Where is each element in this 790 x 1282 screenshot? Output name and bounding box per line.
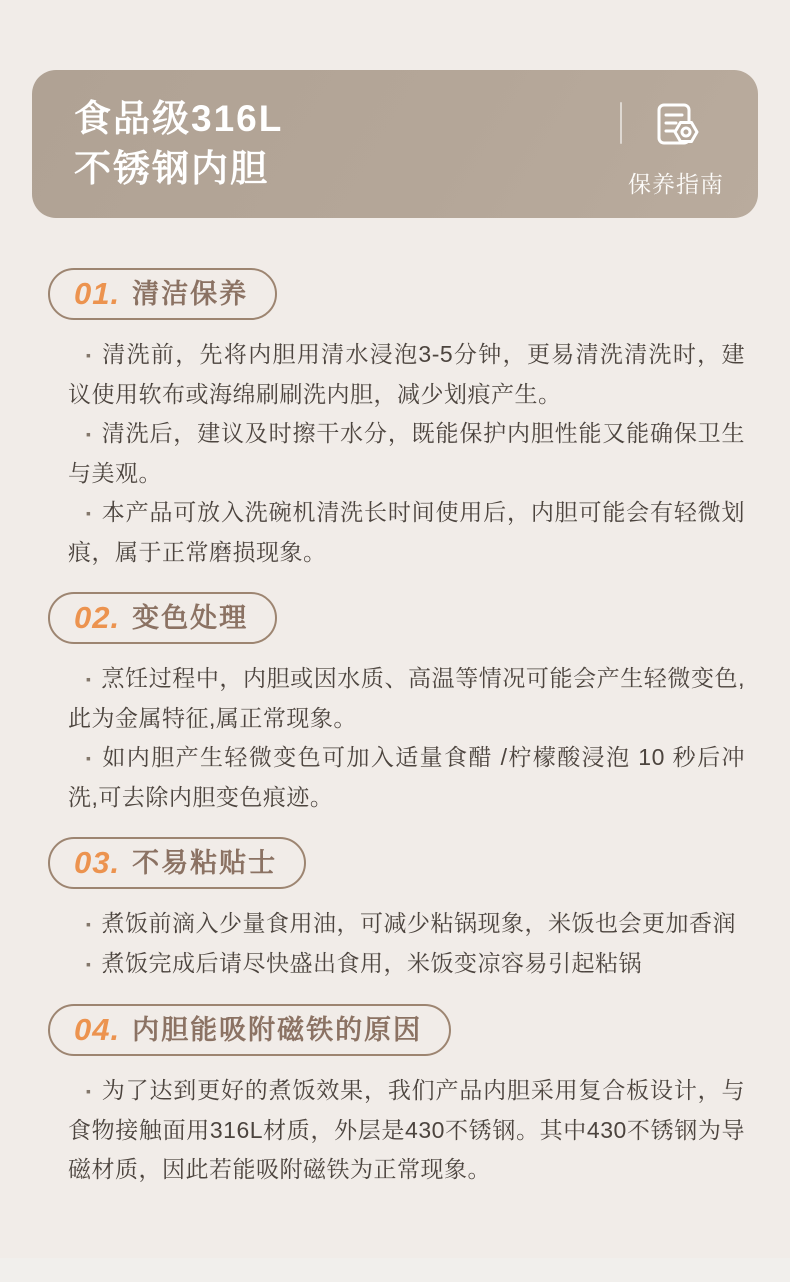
bullet-icon: ▪ [86, 494, 101, 533]
bullet-icon: ▪ [86, 660, 101, 699]
section-title: 内胆能吸附磁铁的原因 [132, 1017, 422, 1044]
paragraph-text: 如内胆产生轻微变色可加入适量食醋 /柠檬酸浸泡 10 秒后冲洗,可去除内胆变色痕… [68, 744, 745, 810]
section-cleaning: 01. 清洁保养 ▪清洗前，先将内胆用清水浸泡3-5分钟，更易清洗清洗时，建议使… [48, 268, 745, 572]
bullet-icon: ▪ [86, 945, 101, 984]
paragraph-text: 烹饪过程中，内胆或因水质、高温等情况可能会产生轻微变色,此为金属特征,属正常现象… [68, 665, 745, 731]
paragraph: ▪煮饭前滴入少量食用油，可减少粘锅现象，米饭也会更加香润 [68, 904, 745, 944]
header-banner: 食品级316L 不锈钢内胆 保养指南 [32, 70, 758, 218]
section-title: 清洁保养 [132, 281, 248, 308]
header-badge: 保养指南 [624, 100, 728, 199]
paragraph-text: 本产品可放入洗碗机清洗长时间使用后，内胆可能会有轻微划痕，属于正常磨损现象。 [68, 499, 745, 565]
paragraph: ▪清洗前，先将内胆用清水浸泡3-5分钟，更易清洗清洗时，建议使用软布或海绵刷刷洗… [68, 335, 745, 414]
section-title: 不易粘贴士 [132, 850, 277, 877]
section-body: ▪清洗前，先将内胆用清水浸泡3-5分钟，更易清洗清洗时，建议使用软布或海绵刷刷洗… [68, 335, 745, 572]
bullet-icon: ▪ [86, 905, 101, 944]
section-discoloration: 02. 变色处理 ▪烹饪过程中，内胆或因水质、高温等情况可能会产生轻微变色,此为… [48, 592, 745, 817]
page-title: 食品级316L 不锈钢内胆 [74, 94, 283, 194]
paragraph-text: 清洗前，先将内胆用清水浸泡3-5分钟，更易清洗清洗时，建议使用软布或海绵刷刷洗内… [68, 341, 745, 407]
paragraph-text: 为了达到更好的煮饭效果，我们产品内胆采用复合板设计，与食物接触面用316L材质，… [68, 1077, 745, 1182]
paragraph-text: 煮饭完成后请尽快盛出食用，米饭变凉容易引起粘锅 [101, 950, 642, 976]
bullet-icon: ▪ [86, 415, 101, 454]
section-title: 变色处理 [132, 605, 248, 632]
maintenance-guide-icon [652, 100, 700, 148]
paragraph: ▪本产品可放入洗碗机清洗长时间使用后，内胆可能会有轻微划痕，属于正常磨损现象。 [68, 493, 745, 572]
bullet-icon: ▪ [86, 739, 101, 778]
paragraph: ▪煮饭完成后请尽快盛出食用，米饭变凉容易引起粘锅 [68, 944, 745, 984]
section-number: 01. [74, 278, 132, 309]
product-care-page: 食品级316L 不锈钢内胆 保养指南 01. 清洁保养 ▪清洗前 [0, 0, 790, 1282]
paragraph-text: 清洗后，建议及时擦干水分，既能保护内胆性能又能确保卫生与美观。 [68, 420, 745, 486]
paragraph: ▪烹饪过程中，内胆或因水质、高温等情况可能会产生轻微变色,此为金属特征,属正常现… [68, 659, 745, 738]
section-heading-pill: 01. 清洁保养 [48, 268, 277, 320]
footer-strip [0, 1258, 790, 1282]
content-area: 01. 清洁保养 ▪清洗前，先将内胆用清水浸泡3-5分钟，更易清洗清洗时，建议使… [0, 250, 790, 1189]
paragraph: ▪如内胆产生轻微变色可加入适量食醋 /柠檬酸浸泡 10 秒后冲洗,可去除内胆变色… [68, 738, 745, 817]
section-heading-pill: 03. 不易粘贴士 [48, 837, 306, 889]
section-heading-pill: 04. 内胆能吸附磁铁的原因 [48, 1004, 451, 1056]
bullet-icon: ▪ [86, 336, 101, 375]
section-magnet-reason: 04. 内胆能吸附磁铁的原因 ▪为了达到更好的煮饭效果，我们产品内胆采用复合板设… [48, 1004, 745, 1189]
paragraph: ▪清洗后，建议及时擦干水分，既能保护内胆性能又能确保卫生与美观。 [68, 414, 745, 493]
section-number: 04. [74, 1014, 132, 1045]
section-body: ▪为了达到更好的煮饭效果，我们产品内胆采用复合板设计，与食物接触面用316L材质… [68, 1071, 745, 1189]
badge-label: 保养指南 [628, 166, 724, 199]
paragraph-text: 煮饭前滴入少量食用油，可减少粘锅现象，米饭也会更加香润 [101, 910, 736, 936]
section-number: 02. [74, 602, 132, 633]
bullet-icon: ▪ [86, 1072, 101, 1111]
page-title-line1: 食品级316L [74, 94, 283, 144]
page-title-line2: 不锈钢内胆 [74, 144, 283, 194]
section-number: 03. [74, 847, 132, 878]
paragraph: ▪为了达到更好的煮饭效果，我们产品内胆采用复合板设计，与食物接触面用316L材质… [68, 1071, 745, 1189]
section-nonstick-tips: 03. 不易粘贴士 ▪煮饭前滴入少量食用油，可减少粘锅现象，米饭也会更加香润 ▪… [48, 837, 745, 984]
vertical-divider [620, 102, 622, 144]
section-heading-pill: 02. 变色处理 [48, 592, 277, 644]
section-body: ▪烹饪过程中，内胆或因水质、高温等情况可能会产生轻微变色,此为金属特征,属正常现… [68, 659, 745, 817]
section-body: ▪煮饭前滴入少量食用油，可减少粘锅现象，米饭也会更加香润 ▪煮饭完成后请尽快盛出… [68, 904, 745, 984]
